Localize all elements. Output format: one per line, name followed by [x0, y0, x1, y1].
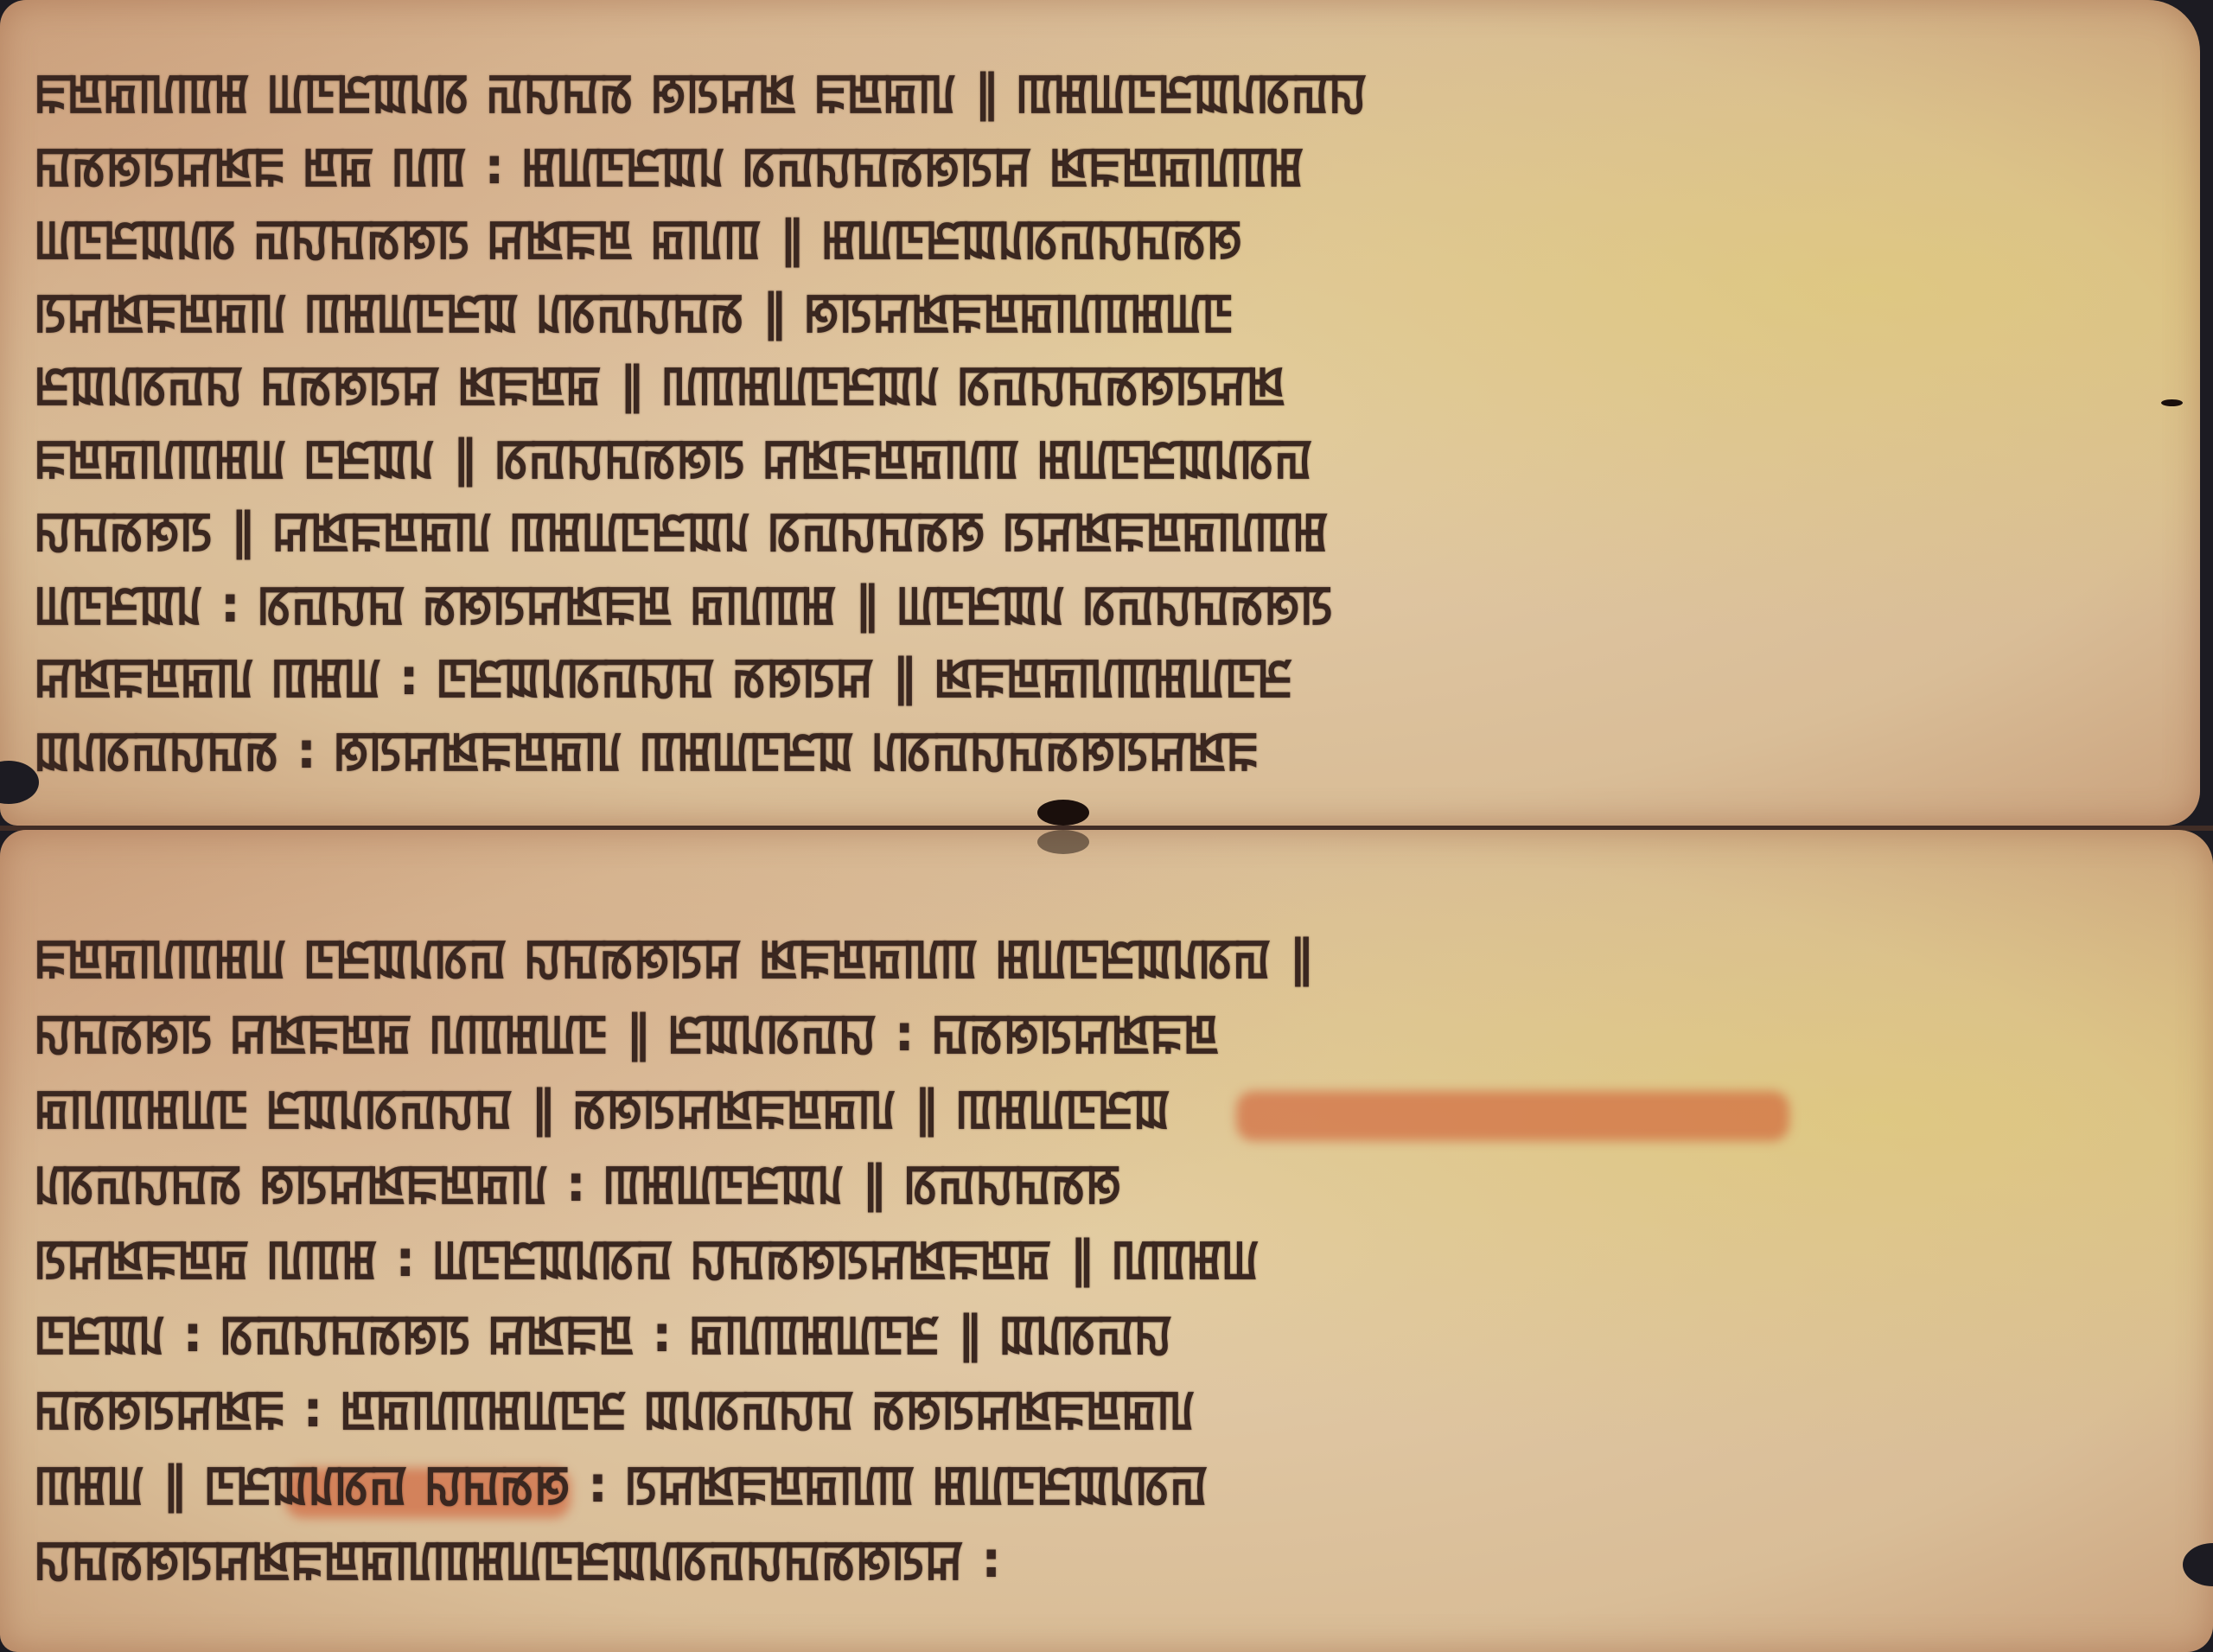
manuscript-line: ꡑꡒꡓꡀꡁꡂꡃ ꡄꡅꡆꡇꡈꡉ ꡊꡋꡌꡍꡎꡏ ‖ ꡐꡑꡒꡓꡀꡁꡂꡃꡄꡅꡆꡇ [35, 276, 2165, 349]
manuscript-line: ꡂꡃꡄꡅꡆꡇ ꡈꡉꡊꡋꡌꡍꡎ ‖ ꡏꡐꡑꡒꡓꡀꡁꡂꡃ ‖ ꡄꡅꡆꡇꡈꡉ [35, 1071, 2178, 1146]
manuscript-line: ꡊꡋꡌꡍꡎꡏ ꡐꡑꡒꡓꡀꡁꡂꡃ : ꡄꡅꡆꡇꡈꡉꡊ ‖ ꡋꡌꡍꡎꡏꡐ [35, 1146, 2178, 1221]
manuscript-folio-bottom: ꡀꡁꡂꡃꡄꡅꡆ ꡇꡈꡉꡊꡋꡌ ꡍꡎꡏꡐꡑꡒ ꡓꡀꡁꡂꡃꡄ ꡅꡆꡇꡈꡉꡊꡋꡌ ‖ … [0, 830, 2213, 1652]
edge-damage [2183, 1543, 2213, 1586]
manuscript-line: ꡉꡊꡋꡌꡍꡎꡏ : ꡐꡑꡒꡓꡀꡁꡂꡃ ꡄꡅꡆꡇꡈꡉ ꡊꡋꡌꡍꡎꡏꡐꡑꡒꡓꡀ [35, 714, 2165, 788]
manuscript-line: ꡎꡏꡐꡑꡒꡓꡀ ꡁꡂ ꡃꡄ : ꡅꡆꡇꡈꡉꡊ ꡋꡌꡍꡎꡏꡐꡑꡒ ꡓꡀꡁꡂꡃꡄꡅ [35, 130, 2165, 203]
text-block-bottom: ꡀꡁꡂꡃꡄꡅꡆ ꡇꡈꡉꡊꡋꡌ ꡍꡎꡏꡐꡑꡒ ꡓꡀꡁꡂꡃꡄ ꡅꡆꡇꡈꡉꡊꡋꡌ ‖ … [35, 921, 2178, 1598]
manuscript-line: ꡍꡎꡏꡐꡑꡒꡓꡀꡁꡂꡃꡄꡅꡆꡇꡈꡉꡊꡋꡌꡍꡎꡏꡐꡑꡒ : [35, 1522, 2178, 1598]
manuscript-line: ꡒꡓꡀꡁꡂꡃ ꡄꡅꡆ : ꡇꡈꡉꡊꡋꡌꡍꡎ ꡏꡐꡑꡒ ‖ ꡓꡀꡁꡂꡃꡄꡅꡆꡇꡈ [35, 641, 2165, 714]
manuscript-line: ꡀꡁꡂꡃꡄꡅꡆ ꡇꡈꡉꡊ ‖ ꡋꡌꡍꡎꡏꡐꡑ ꡒꡓꡀꡁꡂꡃꡄ ꡅꡆꡇꡈꡉꡊꡋꡌ [35, 422, 2165, 495]
manuscript-line: ꡍꡎꡏꡐꡑ ꡒꡓꡀꡁꡂ ꡃꡄꡅꡆꡇ ‖ ꡈꡉꡊꡋꡌꡍ : ꡎꡏꡐꡑꡒꡓꡀꡁ [35, 996, 2178, 1071]
manuscript-line: ꡀꡁꡂꡃꡄꡅꡆ ꡇꡈꡉꡊꡋꡌ ꡍꡎꡏꡐꡑꡒ ꡓꡀꡁꡂꡃꡄ ꡅꡆꡇꡈꡉꡊꡋꡌ ‖ [35, 921, 2178, 996]
ink-mark [1037, 800, 1089, 826]
manuscript-line: ꡍꡎꡏꡐꡑ ‖ ꡒꡓꡀꡁꡂꡃ ꡄꡅꡆꡇꡈꡉꡊ ꡋꡌꡍꡎꡏꡐ ꡑꡒꡓꡀꡁꡂꡃꡄꡅ [35, 494, 2165, 568]
manuscript-line: ꡈꡉꡊꡋꡌꡍ ꡎꡏꡐꡑꡒ ꡓꡀꡁꡂ ‖ ꡃꡄꡅꡆꡇꡈꡉꡊ ꡋꡌꡍꡎꡏꡐꡑꡒꡓ [35, 348, 2165, 422]
manuscript-line: ꡀꡁꡂꡃꡄꡅ ꡆꡇꡈꡉꡊꡋ ꡌꡍꡎꡏ ꡐꡑꡒꡓ ꡀꡁꡂꡃ ‖ ꡄꡅꡆꡇꡈꡉꡊꡋꡌ… [35, 56, 2165, 130]
ink-dash [2161, 399, 2183, 406]
manuscript-line: ꡆꡇꡈꡉꡊ : ꡋꡌꡍꡎ ꡏꡐꡑꡒꡓꡀꡁ ꡂꡃꡄꡅ ‖ ꡆꡇꡈꡉꡊ ꡋꡌꡍꡎꡏꡐ… [35, 568, 2165, 641]
manuscript-line: ꡎꡏꡐꡑꡒꡓꡀ : ꡁꡂꡃꡄꡅꡆꡇꡈ ꡉꡊꡋꡌꡍꡎ ꡏꡐꡑꡒꡓꡀꡁꡂꡃ [35, 1372, 2178, 1447]
ink-mark [1037, 830, 1089, 854]
manuscript-folio-top: ꡀꡁꡂꡃꡄꡅ ꡆꡇꡈꡉꡊꡋ ꡌꡍꡎꡏ ꡐꡑꡒꡓ ꡀꡁꡂꡃ ‖ ꡄꡅꡆꡇꡈꡉꡊꡋꡌ… [0, 0, 2200, 826]
manuscript-line: ꡇꡈꡉꡊ : ꡋꡌꡍꡎꡏꡐꡑ ꡒꡓꡀꡁ : ꡂꡃꡄꡅꡆꡇꡈ ‖ ꡉꡊꡋꡌꡍ [35, 1297, 2178, 1372]
manuscript-line: ꡆꡇꡈꡉꡊꡋ ꡌꡍꡎꡏꡐꡑ ꡒꡓꡀꡁ ꡂꡃꡄ ‖ ꡅꡆꡇꡈꡉꡊꡋꡌꡍꡎꡏꡐ [35, 202, 2165, 276]
edge-damage [0, 761, 39, 804]
text-block-top: ꡀꡁꡂꡃꡄꡅ ꡆꡇꡈꡉꡊꡋ ꡌꡍꡎꡏ ꡐꡑꡒꡓ ꡀꡁꡂꡃ ‖ ꡄꡅꡆꡇꡈꡉꡊꡋꡌ… [35, 56, 2165, 787]
manuscript-line: ꡄꡅꡆ ‖ ꡇꡈꡉꡊꡋꡌ ꡍꡎꡏꡐ : ꡑꡒꡓꡀꡁꡂꡃꡄ ꡅꡆꡇꡈꡉꡊꡋꡌ [35, 1447, 2178, 1522]
manuscript-line: ꡑꡒꡓꡀꡁꡂ ꡃꡄꡅ : ꡆꡇꡈꡉꡊꡋꡌ ꡍꡎꡏꡐꡑꡒꡓꡀꡁꡂ ‖ ꡃꡄꡅꡆ [35, 1221, 2178, 1297]
